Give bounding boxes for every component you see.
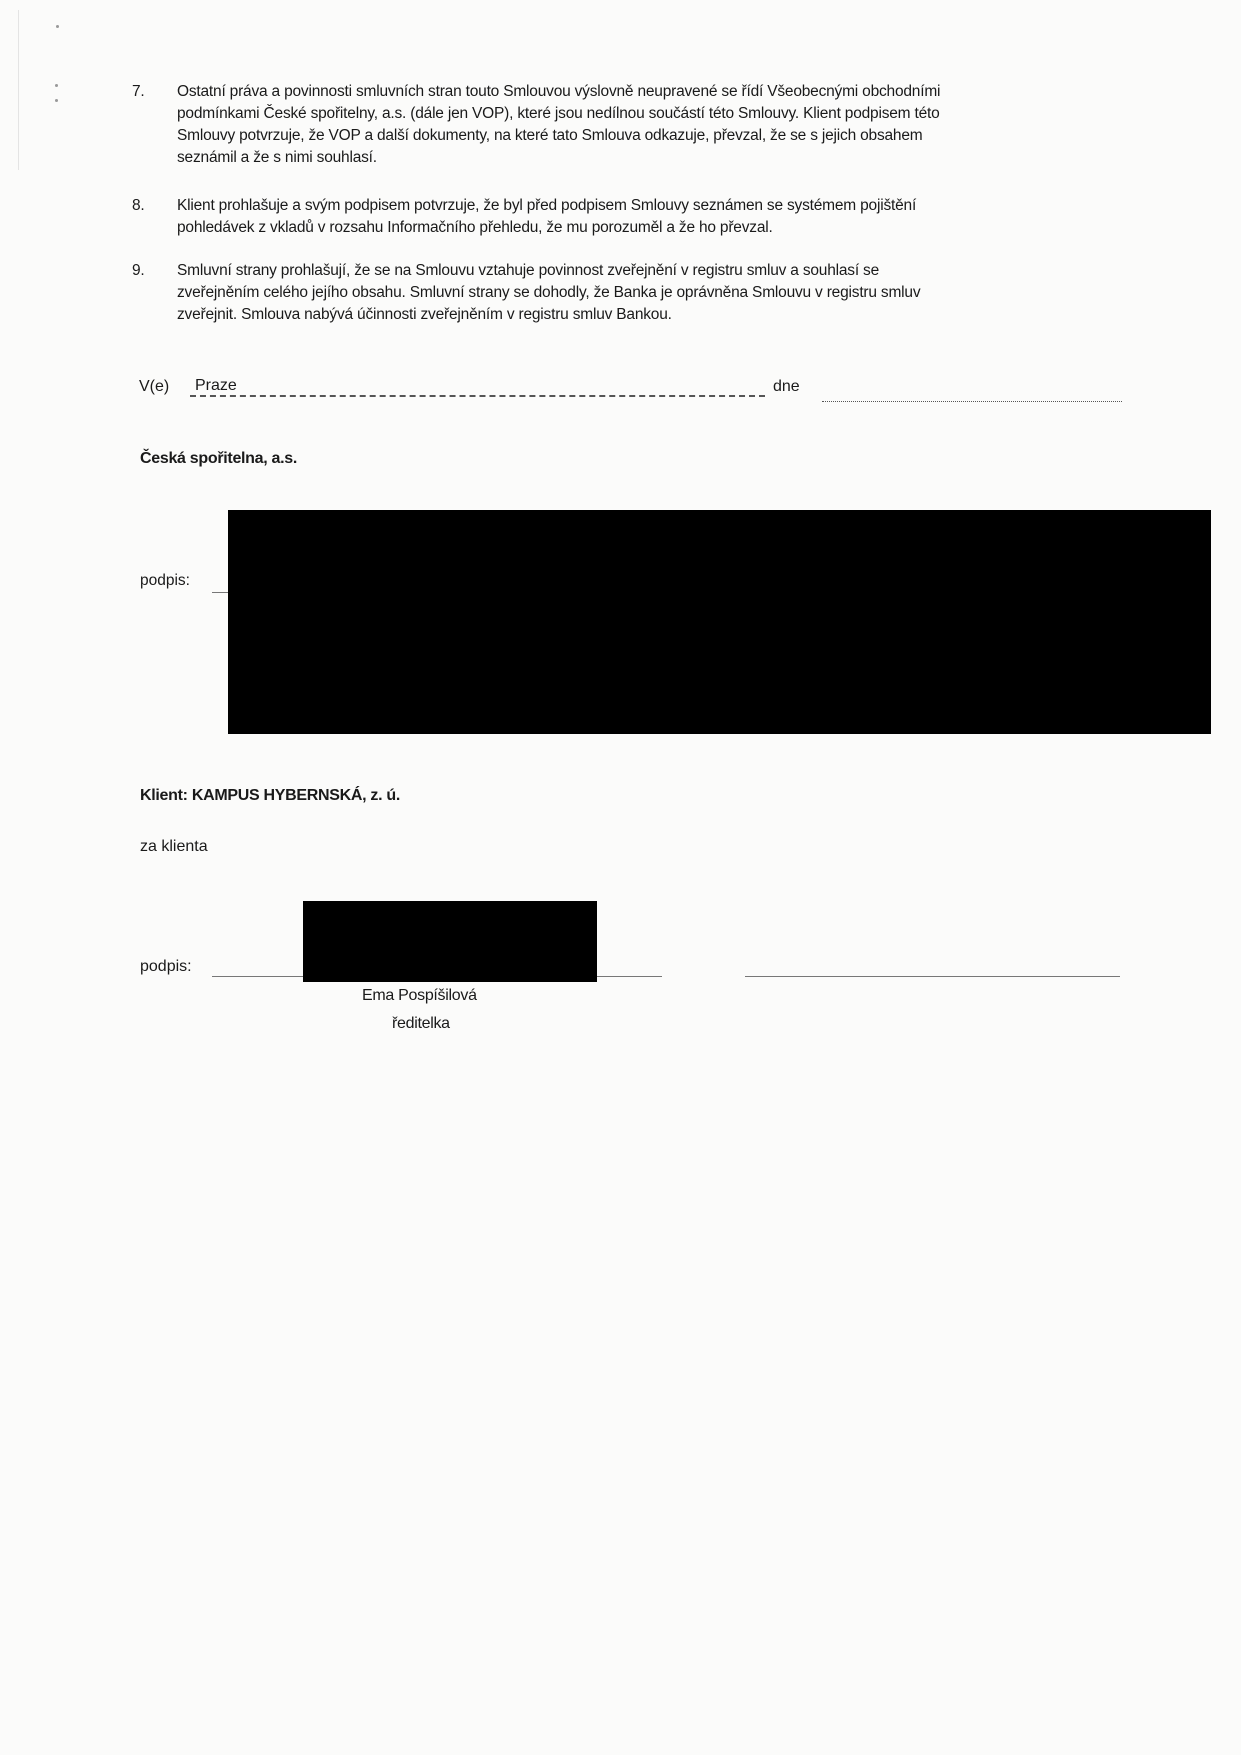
clause-number: 8. <box>132 195 172 217</box>
date-field-line <box>822 401 1122 402</box>
scan-artifact-dot <box>55 84 58 87</box>
date-label: dne <box>773 378 800 396</box>
place-value[interactable]: Praze <box>195 377 237 395</box>
client-signature-label: podpis: <box>140 958 192 976</box>
clause-number: 7. <box>132 81 172 103</box>
place-field-line <box>190 395 765 397</box>
signatory-title: ředitelka <box>392 1015 450 1033</box>
clause-number: 9. <box>132 260 172 282</box>
bank-name: Česká spořitelna, a.s. <box>140 450 297 468</box>
redacted-bank-signatures <box>228 510 1211 734</box>
client-heading: Klient: KAMPUS HYBERNSKÁ, z. ú. <box>140 787 400 805</box>
scan-artifact-dot <box>56 25 59 28</box>
clause-text: Klient prohlašuje a svým podpisem potvrz… <box>177 195 1112 239</box>
place-prefix: V(e) <box>139 378 169 396</box>
clause-text: Ostatní práva a povinnosti smluvních str… <box>177 81 1112 169</box>
scan-artifact-line <box>18 10 19 170</box>
client-on-behalf: za klienta <box>140 838 208 856</box>
bank-signature-label: podpis: <box>140 572 190 590</box>
redacted-client-signature <box>303 901 597 982</box>
clause-text: Smluvní strany prohlašují, že se na Smlo… <box>177 260 1112 326</box>
signatory-name: Ema Pospíšilová <box>362 987 477 1005</box>
scan-artifact-dot <box>55 99 58 102</box>
client-second-signature-line <box>745 976 1120 977</box>
